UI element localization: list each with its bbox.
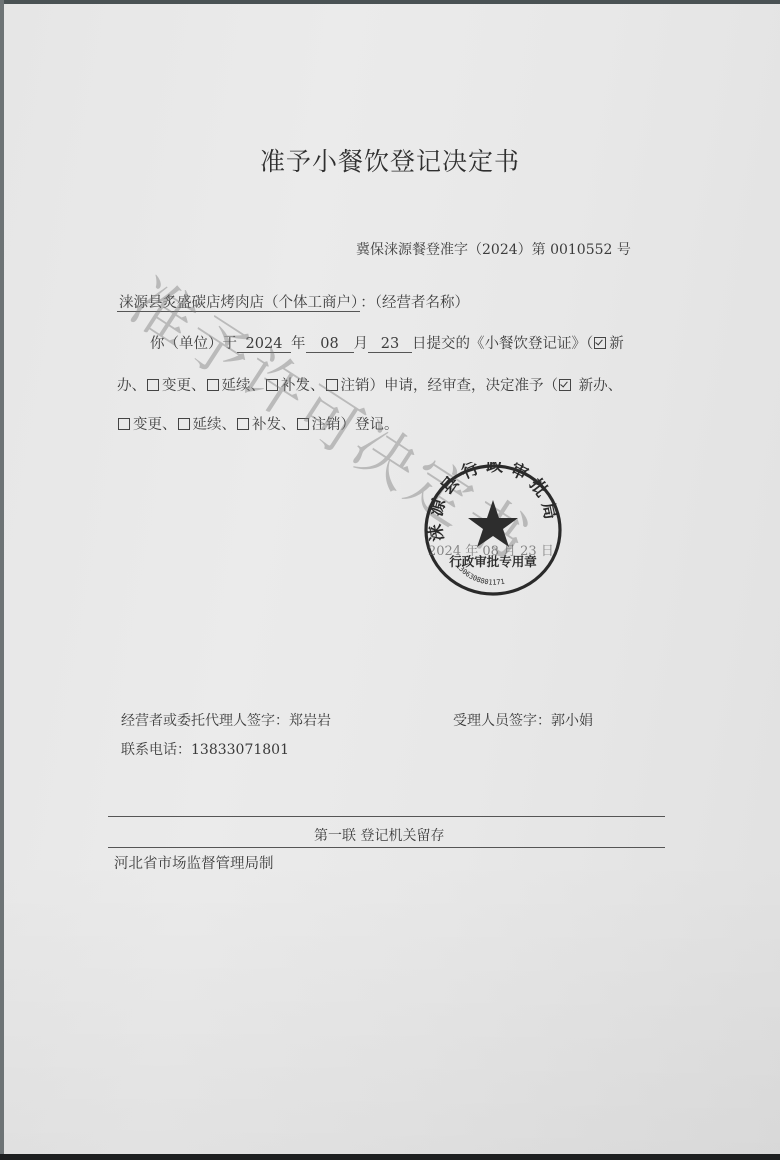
applied-checkbox-0 [594,337,606,349]
receiver-signature-label: 受理人员签字： [453,713,551,729]
document-title: 准予小餐饮登记决定书 [260,142,520,178]
day-label: 日提交的《小餐饮登记证》（ [412,336,593,352]
operator-signature: 经营者或委托代理人签字：郑岩岩 [121,710,331,730]
phone-label: 联系电话： [121,742,191,758]
applied-option-0-label: 新 [609,336,624,352]
operator-signature-name: 郑岩岩 [289,713,331,729]
issuer: 河北省市场监督管理局制 [114,852,274,873]
operator-name-suffix: ：（经营者名称） [360,295,469,311]
operator-signature-label: 经营者或委托代理人签字： [121,713,289,729]
copy-note: 第一联 登记机关留存 [314,825,444,845]
official-seal: 涞 源 县 行 政 审 批 局 行政审批专用章 1306308801171 [422,462,564,598]
divider-top [108,816,665,817]
submit-day: 23 [368,336,412,353]
granted-checkbox-1 [118,418,130,430]
month-label: 月 [354,336,369,352]
receiver-signature-name: 郭小娟 [551,713,593,729]
document-page: 准予小餐饮登记决定书 冀保涞源餐登准字（2024）第 0010552 号 涞源县… [4,4,780,1154]
receiver-signature: 受理人员签字：郭小娟 [453,710,593,730]
background-desk-bottom [0,1154,780,1160]
granted-option-0-label: 新办、 [574,378,622,394]
body-mid-text: ）申请，经审查，决定准予（ [370,378,559,394]
granted-option-2-label: 延续、 [193,417,237,433]
document-number: 冀保涞源餐登准字（2024）第 0010552 号 [356,239,631,259]
stamp-date: 2024 年 08 月 23 日 [428,540,554,559]
applied-option-0-tail: 办、 [117,378,146,394]
granted-option-1-label: 变更、 [133,417,177,433]
granted-checkbox-2 [178,418,190,430]
phone-number: 13833071801 [191,742,289,758]
applied-checkbox-1 [147,379,159,391]
divider-bottom [108,847,665,848]
contact-phone: 联系电话：13833071801 [121,739,289,759]
granted-checkbox-0 [559,379,571,391]
granted-checkbox-3 [237,418,249,430]
